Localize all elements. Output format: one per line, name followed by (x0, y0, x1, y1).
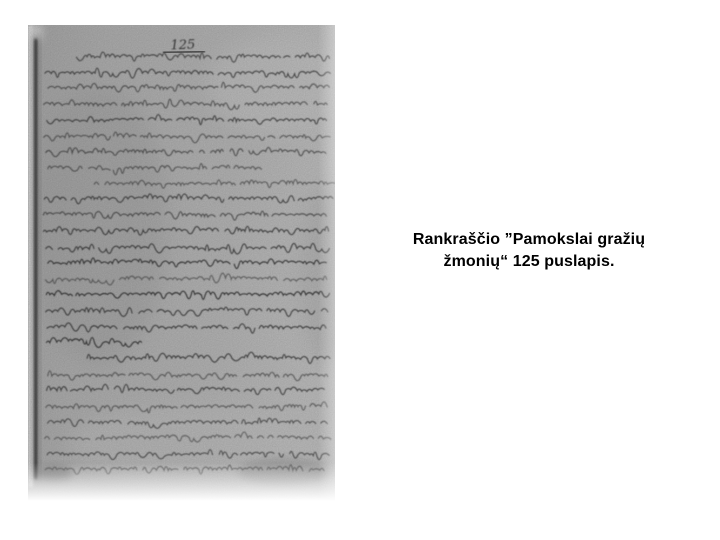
caption: Rankraščio ”Pamokslai gražių žmonių“ 125… (374, 229, 684, 272)
slide: 125 Rankraščio ”Pamokslai gražių žmonių“… (0, 0, 720, 540)
photo-grain (28, 25, 335, 501)
bottom-fade (28, 463, 335, 501)
manuscript-photo-svg: 125 (28, 25, 335, 501)
manuscript-photo: 125 (28, 25, 335, 501)
caption-line-2: žmonių“ 125 puslapis. (374, 251, 684, 273)
right-fade (318, 25, 335, 501)
caption-line-1: Rankraščio ”Pamokslai gražių (374, 229, 684, 251)
